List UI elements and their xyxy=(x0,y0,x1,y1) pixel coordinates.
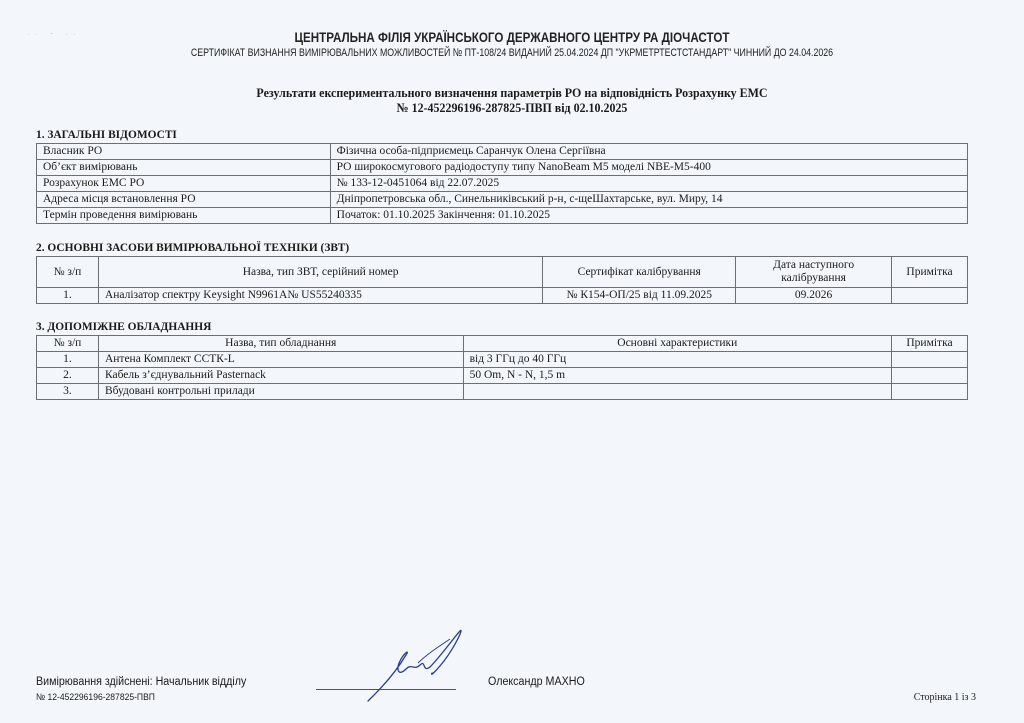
value-cell: № 133-12-0451064 від 22.07.2025 xyxy=(330,176,967,192)
characteristics: 50 Om, N - N, 1,5 m xyxy=(463,368,891,384)
label-cell: Об’єкт вимірювань xyxy=(37,160,331,176)
label-cell: Власник РО xyxy=(37,144,331,160)
table-row: Розрахунок ЕМС РО № 133-12-0451064 від 2… xyxy=(37,176,968,192)
note xyxy=(892,288,968,304)
label-cell: Розрахунок ЕМС РО xyxy=(37,176,331,192)
table-row: Термін проведення вимірювань Початок: 01… xyxy=(37,208,968,224)
row-number: 1. xyxy=(37,352,99,368)
equipment-name: Вбудовані контрольні прилади xyxy=(98,384,463,400)
column-header: № з/п xyxy=(37,336,99,352)
column-header: № з/п xyxy=(37,257,99,288)
organization-title: ЦЕНТРАЛЬНА ФІЛІЯ УКРАЇНСЬКОГО ДЕРЖАВНОГО… xyxy=(72,30,953,45)
value-cell: Фізична особа-підприємець Саранчук Олена… xyxy=(330,144,967,160)
auxiliary-equipment-table: № з/п Назва, тип обладнання Основні хара… xyxy=(36,335,968,400)
calibration-certificate: № К154-ОП/25 від 11.09.2025 xyxy=(543,288,736,304)
note xyxy=(892,384,968,400)
table-header-row: № з/п Назва, тип ЗВТ, серійний номер Сер… xyxy=(37,257,968,288)
equipment-name: Антена Комплект ССТК-L xyxy=(98,352,463,368)
measuring-equipment-table: № з/п Назва, тип ЗВТ, серійний номер Сер… xyxy=(36,256,968,304)
column-header: Назва, тип обладнання xyxy=(98,336,463,352)
signer-name: Олександр МАХНО xyxy=(488,676,585,688)
characteristics: від 3 ГГц до 40 ГГц xyxy=(463,352,891,368)
equipment-name: Аналізатор спектру Keysight N9961A№ US55… xyxy=(98,288,542,304)
measured-by-label: Вимірювання здійснені: Начальник відділу xyxy=(36,676,246,688)
value-cell: Дніпропетровська обл., Синельниківський … xyxy=(330,192,967,208)
table-row: 1. Аналізатор спектру Keysight N9961A№ U… xyxy=(37,288,968,304)
row-number: 1. xyxy=(37,288,99,304)
column-header: Сертифікат калібрування xyxy=(543,257,736,288)
results-title-line2: № 12-452296196-287825-ПВП від 02.10.2025 xyxy=(41,100,983,115)
characteristics xyxy=(463,384,891,400)
column-header: Дата наступного калібрування xyxy=(736,257,892,288)
table-row: Адреса місця встановлення РО Дніпропетро… xyxy=(37,192,968,208)
note xyxy=(892,368,968,384)
signature-icon xyxy=(360,625,480,705)
table-header-row: № з/п Назва, тип обладнання Основні хара… xyxy=(37,336,968,352)
results-title-line1: Результати експериментального визначення… xyxy=(41,85,983,100)
table-row: 2. Кабель з’єднувальний Pasternack 50 Om… xyxy=(37,368,968,384)
table-row: Власник РО Фізична особа-підприємець Сар… xyxy=(37,144,968,160)
page-number: Сторінка 1 із 3 xyxy=(914,692,976,703)
equipment-name: Кабель з’єднувальний Pasternack xyxy=(98,368,463,384)
column-header: Примітка xyxy=(892,257,968,288)
section1-title: 1. ЗАГАЛЬНІ ВІДОМОСТІ xyxy=(36,127,177,142)
document-number: № 12-452296196-287825-ПВП xyxy=(36,692,155,703)
table-row: 1. Антена Комплект ССТК-L від 3 ГГц до 4… xyxy=(37,352,968,368)
next-calibration-date: 09.2026 xyxy=(736,288,892,304)
table-row: 3. Вбудовані контрольні прилади xyxy=(37,384,968,400)
table-row: Об’єкт вимірювань РО широкосмугового рад… xyxy=(37,160,968,176)
label-cell: Термін проведення вимірювань xyxy=(37,208,331,224)
note xyxy=(892,352,968,368)
results-title: Результати експериментального визначення… xyxy=(41,85,983,115)
column-header: Основні характеристики xyxy=(463,336,891,352)
general-info-table: Власник РО Фізична особа-підприємець Сар… xyxy=(36,143,968,224)
certificate-subtitle: СЕРТИФІКАТ ВИЗНАННЯ ВИМІРЮВАЛЬНИХ МОЖЛИВ… xyxy=(113,47,912,59)
value-cell: Початок: 01.10.2025 Закінчення: 01.10.20… xyxy=(330,208,967,224)
column-header: Примітка xyxy=(892,336,968,352)
document-page: .. - .. ЦЕНТРАЛЬНА ФІЛІЯ УКРАЇНСЬКОГО ДЕ… xyxy=(0,0,1024,723)
row-number: 2. xyxy=(37,368,99,384)
row-number: 3. xyxy=(37,384,99,400)
column-header: Назва, тип ЗВТ, серійний номер xyxy=(98,257,542,288)
label-cell: Адреса місця встановлення РО xyxy=(37,192,331,208)
value-cell: РО широкосмугового радіодоступу типу Nan… xyxy=(330,160,967,176)
section3-title: 3. ДОПОМІЖНЕ ОБЛАДНАННЯ xyxy=(36,319,211,334)
section2-title: 2. ОСНОВНІ ЗАСОБИ ВИМІРЮВАЛЬНОЇ ТЕХНІКИ … xyxy=(36,240,349,255)
